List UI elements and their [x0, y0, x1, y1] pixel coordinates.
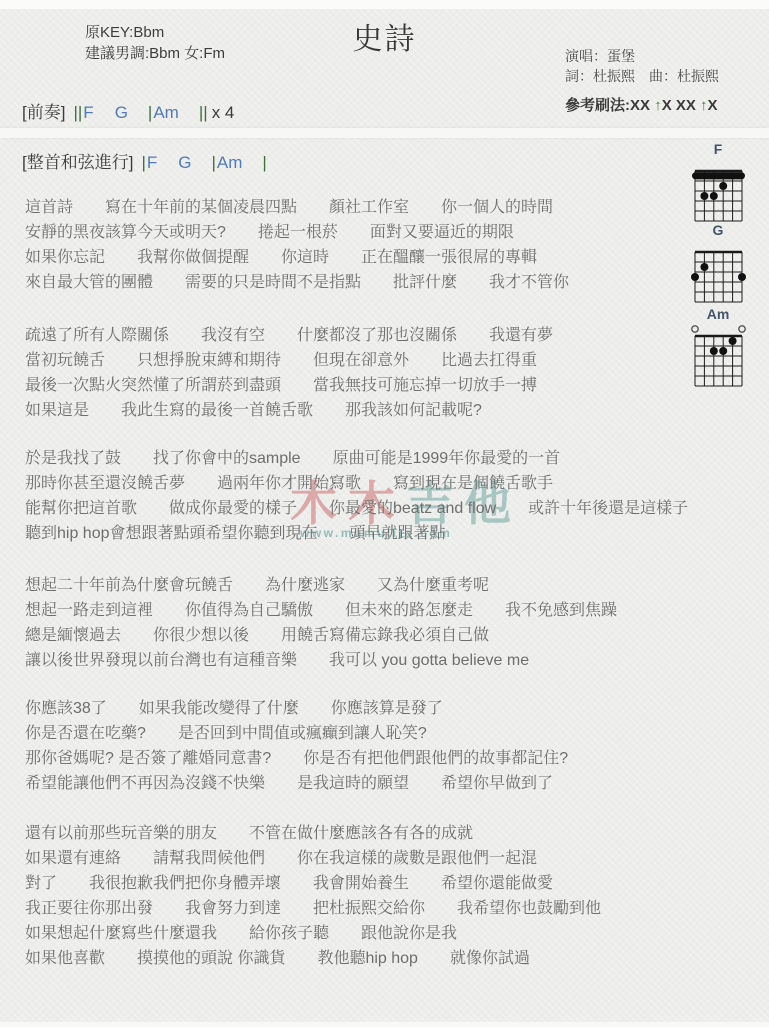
strum-seg: XX — [630, 97, 654, 114]
bar-line: || — [199, 103, 208, 122]
page-break-band — [0, 128, 769, 138]
verse-5: 你應該38了 如果我能改變得了什麼 你應該算是發了你是否還在吃藥? 是否回到中間… — [25, 696, 568, 796]
fretboard-grid — [688, 159, 748, 230]
bar-line: | — [141, 153, 145, 172]
key-info: 原KEY:Bbm 建議男調:Bbm 女:Fm — [85, 22, 225, 64]
lyric-line: 最後一次點火突然懂了所謂菸到盡頭 當我無技可施忘掉一切放手一搏 — [25, 373, 553, 398]
lyric-line: 當初玩饒舌 只想掙脫束縛和期待 但現在卻意外 比過去扛得重 — [25, 348, 553, 373]
bar-line: | — [262, 153, 266, 172]
bar-line: || — [73, 103, 82, 122]
chord-F: F — [83, 103, 93, 122]
chord-diagram-F: F — [688, 141, 748, 230]
lyric-line: 你應該38了 如果我能改變得了什麼 你應該算是發了 — [25, 696, 568, 721]
lyric-line: 安靜的黑夜該算今天或明天? 捲起一根菸 面對又要逼近的期限 — [25, 220, 569, 245]
fretboard-grid — [688, 324, 748, 395]
lyric-line: 對了 我很抱歉我們把你身體弄壞 我會開始養生 希望你還能做愛 — [25, 871, 601, 896]
lyric-line: 那你爸媽呢? 是否簽了離婚同意書? 你是否有把他們跟他們的故事都記住? — [25, 746, 568, 771]
lyric-line: 如果還有連絡 請幫我問候他們 你在我這樣的歲數是跟他們一起混 — [25, 846, 601, 871]
lyric-line: 如果想起什麼寫些什麼還我 給你孩子聽 跟他說你是我 — [25, 921, 601, 946]
lyric-line: 於是我找了鼓 找了你會中的sample 原曲可能是1999年你最愛的一首 — [25, 446, 688, 471]
strum-label: 參考刷法: — [565, 97, 630, 114]
chord-diagram-G: G — [688, 222, 748, 311]
lyric-line: 讓以後世界發現以前台灣也有這種音樂 我可以 you gotta believe … — [25, 648, 617, 673]
fretboard-grid — [688, 240, 748, 311]
original-key: 原KEY:Bbm — [85, 22, 225, 43]
lyric-line: 能幫你把這首歌 做成你最愛的樣子 你最愛的beatz and flow 或許十年… — [25, 496, 688, 521]
progression-chord-line: [整首和弦進行]|FG|Am| — [22, 148, 267, 173]
strum-pattern: 參考刷法:XX ↑X XX ↑X — [565, 94, 718, 115]
chord-diagram-title: F — [688, 141, 748, 157]
verse-4: 想起二十年前為什麼會玩饒舌 為什麼逃家 又為什麼重考呢想起一路走到這裡 你值得為… — [25, 573, 617, 673]
chord-Am: Am — [217, 153, 243, 172]
suggested-key: 建議男調:Bbm 女:Fm — [85, 43, 225, 64]
verse-6: 還有以前那些玩音樂的朋友 不管在做什麼應該各有各的成就如果還有連絡 請幫我問候他… — [25, 821, 601, 946]
strum-seg: X — [708, 97, 718, 114]
verse-1: 這首詩 寫在十年前的某個凌晨四點 顏社工作室 你一個人的時間安靜的黑夜該算今天或… — [25, 195, 569, 295]
chord-G: G — [178, 153, 191, 172]
chord-diagram-Am: Am — [688, 306, 748, 395]
lyric-line: 疏遠了所有人際關係 我沒有空 什麼都沒了那也沒關係 我還有夢 — [25, 323, 553, 348]
progression-label: [整首和弦進行] — [22, 153, 133, 172]
lyric-line: 想起一路走到這裡 你值得為自己驕傲 但未來的路怎麼走 我不免感到焦躁 — [25, 598, 617, 623]
strum-seg: X XX — [662, 97, 700, 114]
bar-line: | — [212, 153, 216, 172]
intro-chord-line: [前奏]||FG|Am||x 4 — [22, 98, 234, 123]
lyric-line: 來自最大管的團體 需要的只是時間不是指點 批評什麼 我才不管你 — [25, 270, 569, 295]
lyric-line: 我正要往你那出發 我會努力到達 把杜振熙交給你 我希望你也鼓勵到他 — [25, 896, 601, 921]
lyric-line: 希望能讓他們不再因為沒錢不快樂 是我這時的願望 希望你早做到了 — [25, 771, 568, 796]
lyric-line: 想起二十年前為什麼會玩饒舌 為什麼逃家 又為什麼重考呢 — [25, 573, 617, 598]
lyric-line: 你是否還在吃藥? 是否回到中間值或瘋癲到讓人恥笑? — [25, 721, 568, 746]
top-margin — [0, 0, 769, 9]
lyric-line: 這首詩 寫在十年前的某個凌晨四點 顏社工作室 你一個人的時間 — [25, 195, 569, 220]
chord-Am: Am — [153, 103, 179, 122]
chord-diagram-title: Am — [688, 306, 748, 322]
chord-sheet: 史詩 原KEY:Bbm 建議男調:Bbm 女:Fm 演唱：蛋堡 詞：杜振熙 曲：… — [0, 0, 769, 1027]
lyric-line: 還有以前那些玩音樂的朋友 不管在做什麼應該各有各的成就 — [25, 821, 601, 846]
chord-F: F — [147, 153, 157, 172]
chord-G: G — [115, 103, 128, 122]
lyric-line: 總是緬懷過去 你很少想以後 用饒舌寫備忘錄我必須自己做 — [25, 623, 617, 648]
repeat-count: x 4 — [212, 103, 235, 122]
lyricist-composer: 詞：杜振熙 曲：杜振熙 — [565, 66, 719, 86]
lyric-line: 如果這是 我此生寫的最後一首饒舌歌 那我該如何記載呢? — [25, 398, 553, 423]
upstroke-arrow-icon: ↑ — [700, 97, 708, 114]
lyric-line: 那時你甚至還沒饒舌夢 過兩年你才開始寫歌 寫到現在是個饒舌歌手 — [25, 471, 688, 496]
verse-3: 於是我找了鼓 找了你會中的sample 原曲可能是1999年你最愛的一首那時你甚… — [25, 446, 688, 546]
verse-2: 疏遠了所有人際關係 我沒有空 什麼都沒了那也沒關係 我還有夢當初玩饒舌 只想掙脫… — [25, 323, 553, 423]
upstroke-arrow-icon: ↑ — [654, 97, 662, 114]
verse-7: 如果他喜歡 摸摸他的頭說 你識貨 教他聽hip hop 就像你試過 — [25, 946, 530, 971]
lyric-line: 聽到hip hop會想跟著點頭希望你聽到現在 頭早就跟著點 — [25, 521, 688, 546]
bar-line: | — [148, 103, 152, 122]
lyric-line: 如果你忘記 我幫你做個提醒 你這時 正在醞釀一張很屌的專輯 — [25, 245, 569, 270]
credits-block: 演唱：蛋堡 詞：杜振熙 曲：杜振熙 — [565, 46, 719, 86]
bottom-margin — [0, 1022, 769, 1027]
chord-diagram-title: G — [688, 222, 748, 238]
intro-label: [前奏] — [22, 103, 65, 122]
singer: 演唱：蛋堡 — [565, 46, 719, 66]
lyric-line: 如果他喜歡 摸摸他的頭說 你識貨 教他聽hip hop 就像你試過 — [25, 946, 530, 971]
